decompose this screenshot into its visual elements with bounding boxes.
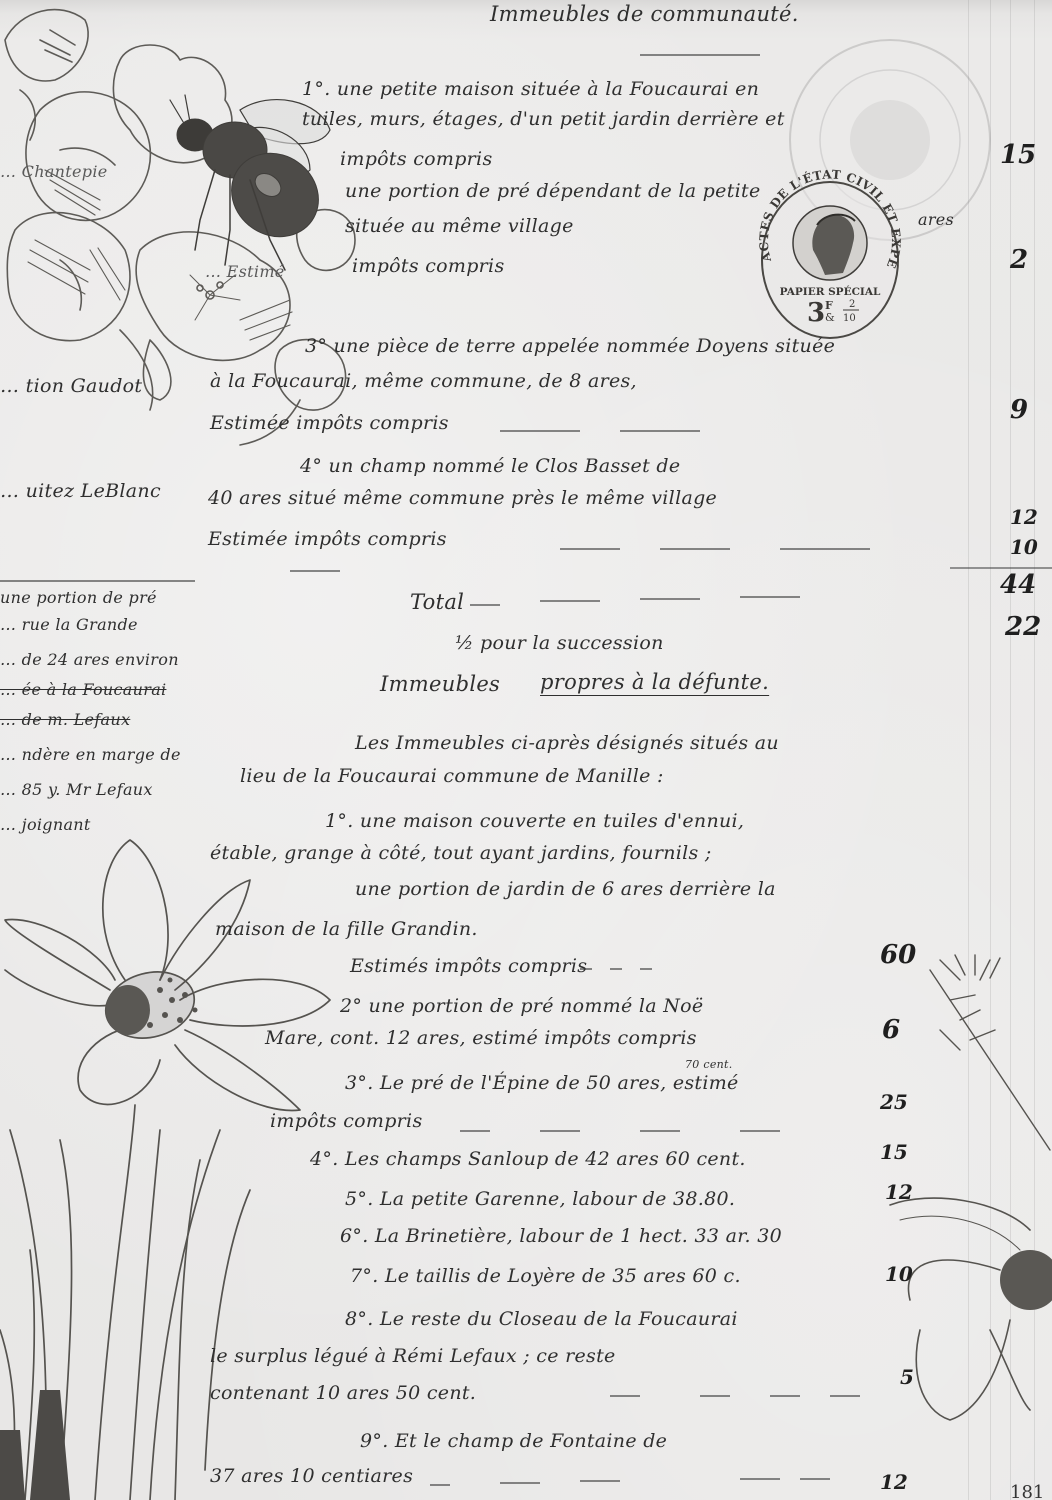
fill-dash bbox=[540, 1130, 580, 1132]
margin-note: … joignant bbox=[0, 815, 91, 834]
wildflower-sprig-illustration bbox=[920, 950, 1052, 1170]
section2-line: 6°. La Brinetière, labour de 1 hect. 33 … bbox=[340, 1225, 782, 1247]
section1-line: tuiles, murs, étages, d'un petit jardin … bbox=[302, 108, 785, 130]
section1-line: 1°. une petite maison située à la Foucau… bbox=[302, 78, 759, 100]
fill-dash bbox=[770, 1395, 800, 1397]
section2-line: impôts compris bbox=[270, 1110, 423, 1132]
fill-dash bbox=[800, 1478, 830, 1480]
section2-line: étable, grange à côté, tout ayant jardin… bbox=[210, 842, 712, 864]
svg-text:3: 3 bbox=[807, 298, 825, 328]
amount: 6 bbox=[882, 1015, 900, 1045]
section2-line: 4°. Les champs Sanloup de 42 ares 60 cen… bbox=[310, 1148, 746, 1170]
margin-note: … Chantepie bbox=[0, 162, 108, 181]
fill-dash bbox=[290, 570, 340, 572]
fill-dash bbox=[500, 430, 580, 432]
margin-note: … uitez LeBlanc bbox=[0, 480, 161, 502]
amount: 15 bbox=[1000, 140, 1036, 170]
section2-line: Mare, cont. 12 ares, estimé impôts compr… bbox=[265, 1027, 697, 1049]
fill-dash bbox=[640, 598, 700, 600]
fill-dash bbox=[500, 1482, 540, 1484]
margin-note: … ndère en marge de bbox=[0, 745, 181, 764]
section1-line: Estimée impôts compris bbox=[208, 528, 447, 550]
svg-text:PAPIER SPÉCIAL: PAPIER SPÉCIAL bbox=[780, 284, 881, 298]
fill-dash bbox=[610, 968, 622, 970]
fill-dash bbox=[700, 1395, 730, 1397]
fill-dash bbox=[560, 548, 620, 550]
amount: 15 bbox=[880, 1140, 908, 1164]
section1-line: impôts compris bbox=[340, 148, 493, 170]
section2-line: contenant 10 ares 50 cent. bbox=[210, 1382, 476, 1404]
section2-line: une portion de jardin de 6 ares derrière… bbox=[355, 878, 776, 900]
fill-dash bbox=[660, 548, 730, 550]
amount: 60 bbox=[880, 940, 916, 970]
section1-line: Estimée impôts compris bbox=[210, 412, 449, 434]
section2-line: 8°. Le reste du Closeau de la Foucaurai bbox=[345, 1308, 738, 1330]
fill-dash bbox=[580, 1480, 620, 1482]
margin-note: … ée à la Foucaurai bbox=[0, 680, 166, 699]
heading-immeubles-prefix: Immeubles bbox=[380, 672, 500, 696]
superscript-note: 70 cent. bbox=[685, 1058, 733, 1071]
fill-dash bbox=[540, 600, 600, 602]
margin-divider bbox=[0, 580, 195, 582]
page-number: 181 bbox=[1010, 1482, 1044, 1500]
svg-text:&: & bbox=[825, 311, 835, 324]
amount-half: 22 bbox=[1005, 612, 1041, 642]
ledger-total-line bbox=[950, 567, 1052, 569]
margin-note: … de 24 ares environ bbox=[0, 650, 179, 669]
section1-line: 3° une pièce de terre appelée nommée Doy… bbox=[305, 335, 835, 357]
section1-line: à la Foucaurai, même commune, de 8 ares, bbox=[210, 370, 637, 392]
fill-dash bbox=[580, 968, 592, 970]
amount: 5 bbox=[900, 1365, 914, 1389]
section2-line: 3°. Le pré de l'Épine de 50 ares, estimé bbox=[345, 1072, 739, 1094]
fill-dash bbox=[780, 548, 870, 550]
section2-line: 9°. Et le champ de Fontaine de bbox=[360, 1430, 667, 1452]
section1-line: impôts compris bbox=[352, 255, 505, 277]
fill-dash bbox=[830, 1395, 860, 1397]
total-label: Total bbox=[410, 590, 464, 614]
amount: 10 bbox=[1010, 535, 1038, 559]
fill-dash bbox=[610, 1395, 640, 1397]
section2-line: maison de la fille Grandin. bbox=[215, 918, 478, 940]
section2-line: Les Immeubles ci-après désignés situés a… bbox=[355, 732, 779, 754]
margin-note: … rue la Grande bbox=[0, 615, 138, 634]
section2-line: lieu de la Foucaurai commune de Manille … bbox=[240, 765, 664, 787]
svg-text:10: 10 bbox=[843, 313, 856, 324]
amount: 9 bbox=[1010, 395, 1028, 425]
heading-immeubles-de-communaute: Immeubles de communauté. bbox=[490, 2, 799, 26]
section2-line: 2° une portion de pré nommé la Noë bbox=[340, 995, 703, 1017]
fill-dash bbox=[470, 604, 500, 606]
section1-fragment: ares bbox=[918, 210, 954, 229]
fill-dash bbox=[430, 1484, 450, 1486]
section1-line: 40 ares situé même commune près le même … bbox=[208, 487, 717, 509]
section2-line: 7°. Le taillis de Loyère de 35 ares 60 c… bbox=[350, 1265, 741, 1287]
section2-line: Estimés impôts compris bbox=[350, 955, 587, 977]
amount: 12 bbox=[1010, 505, 1038, 529]
fill-dash bbox=[640, 1130, 680, 1132]
heading-propres-a-la-defunte: propres à la défunte. bbox=[540, 670, 769, 694]
fill-dash bbox=[740, 1130, 780, 1132]
heading-underline bbox=[640, 54, 760, 56]
fill-dash bbox=[740, 596, 800, 598]
section2-line: 1°. une maison couverte en tuiles d'ennu… bbox=[325, 810, 744, 832]
section1-line: 4° un champ nommé le Clos Basset de bbox=[300, 455, 680, 477]
margin-note: … 85 y. Mr Lefaux bbox=[0, 780, 153, 799]
fill-dash bbox=[740, 1478, 780, 1480]
papier-special-tax-stamp: ACTES DE L'ÉTAT CIVIL ET EXPÉDITIONS PAP… bbox=[755, 155, 905, 345]
section2-line: 37 ares 10 centiares bbox=[210, 1465, 413, 1487]
half-succession-label: ½ pour la succession bbox=[455, 632, 664, 654]
fill-dash bbox=[460, 1130, 490, 1132]
fill-dash bbox=[620, 430, 700, 432]
margin-note: … de m. Lefaux bbox=[0, 710, 130, 729]
margin-note: … tion Gaudot bbox=[0, 375, 142, 397]
amount: 12 bbox=[885, 1180, 913, 1204]
amount: 10 bbox=[885, 1262, 913, 1286]
amount-total: 44 bbox=[1000, 570, 1036, 600]
fill-dash bbox=[640, 968, 652, 970]
section2-line: le surplus légué à Rémi Lefaux ; ce rest… bbox=[210, 1345, 616, 1367]
amount: 2 bbox=[1010, 245, 1028, 275]
amount: 25 bbox=[880, 1090, 908, 1114]
margin-note: une portion de pré bbox=[0, 588, 157, 607]
section1-line: une portion de pré dépendant de la petit… bbox=[345, 180, 760, 202]
svg-text:2: 2 bbox=[849, 299, 855, 310]
section2-line: 5°. La petite Garenne, labour de 38.80. bbox=[345, 1188, 735, 1210]
margin-note: … Estimé bbox=[205, 262, 285, 281]
amount: 12 bbox=[880, 1470, 908, 1494]
small-flower-right-illustration bbox=[880, 1170, 1052, 1450]
section1-line: située au même village bbox=[345, 215, 574, 237]
